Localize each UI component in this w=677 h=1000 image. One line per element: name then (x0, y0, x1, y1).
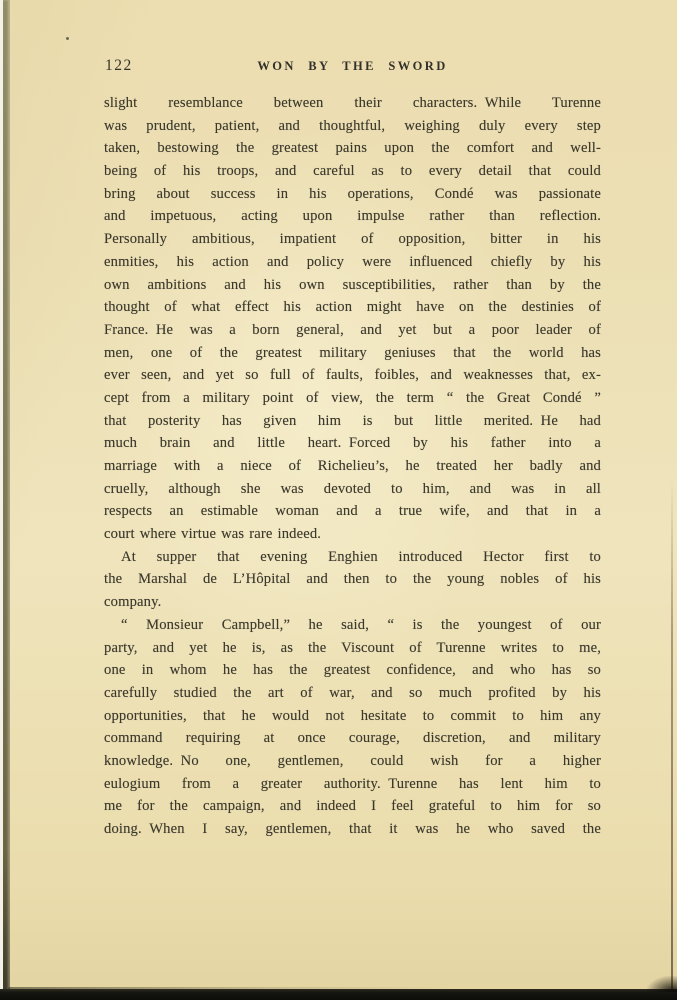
text-line: me for the campaign, and indeed I feel g… (104, 795, 601, 818)
text-line: company. (104, 591, 601, 614)
text-line: one in whom he has the greatest confiden… (104, 659, 601, 682)
book-page-scan: 122 WON BY THE SWORD slight resemblance … (0, 0, 677, 1000)
text-line: and impetuous, acting upon impulse rathe… (104, 205, 601, 228)
text-line: ever seen, and yet so full of faults, fo… (104, 364, 601, 387)
page-content: 122 WON BY THE SWORD slight resemblance … (104, 57, 601, 841)
text-line: bring about success in his operations, C… (104, 183, 601, 206)
text-line: party, and yet he is, as the Viscount of… (104, 637, 601, 660)
text-line: marriage with a niece of Richelieu’s, he… (104, 455, 601, 478)
page-header: 122 WON BY THE SWORD (104, 57, 601, 77)
text-line: At supper that evening Enghien introduce… (104, 546, 601, 569)
page-stack-edge-left (3, 0, 10, 1000)
text-line: eulogium from a greater authority. Turen… (104, 773, 601, 796)
text-line: cept from a military point of view, the … (104, 387, 601, 410)
text-line: carefully studied the art of war, and so… (104, 682, 601, 705)
text-line: taken, bestowing the greatest pains upon… (104, 137, 601, 160)
body-text: slight resemblance between their charact… (104, 92, 601, 841)
text-line: was prudent, patient, and thoughtful, we… (104, 115, 601, 138)
text-line: doing. When I say, gentlemen, that it wa… (104, 818, 601, 841)
text-line: France. He was a born general, and yet b… (104, 319, 601, 342)
page-edge-right (671, 480, 673, 1000)
text-line: the Marshal de L’Hôpital and then to the… (104, 568, 601, 591)
book-edge-bottom-shadow (8, 987, 448, 991)
text-line: enmities, his action and policy were inf… (104, 251, 601, 274)
running-title: WON BY THE SWORD (104, 59, 601, 74)
text-line: respects an estimable woman and a true w… (104, 500, 601, 523)
text-line: men, one of the greatest military genius… (104, 342, 601, 365)
bottom-right-corner-shadow (647, 976, 677, 992)
text-line: command requiring at once courage, discr… (104, 727, 601, 750)
text-line: being of his troops, and careful as to e… (104, 160, 601, 183)
text-line: opportunities, that he would not hesitat… (104, 705, 601, 728)
text-line: knowledge. No one, gentlemen, could wish… (104, 750, 601, 773)
text-line: own ambitions and his own susceptibiliti… (104, 274, 601, 297)
text-line: Personally ambitious, impatient of oppos… (104, 228, 601, 251)
text-line: slight resemblance between their charact… (104, 92, 601, 115)
paper-speck (66, 37, 69, 40)
text-line: “ Monsieur Campbell,” he said, “ is the … (104, 614, 601, 637)
text-line: thought of what effect his action might … (104, 296, 601, 319)
text-line: court where virtue was rare indeed. (104, 523, 601, 546)
text-line: much brain and little heart. Forced by h… (104, 432, 601, 455)
text-line: that posterity has given him is but litt… (104, 410, 601, 433)
text-line: cruelly, although she was devoted to him… (104, 478, 601, 501)
